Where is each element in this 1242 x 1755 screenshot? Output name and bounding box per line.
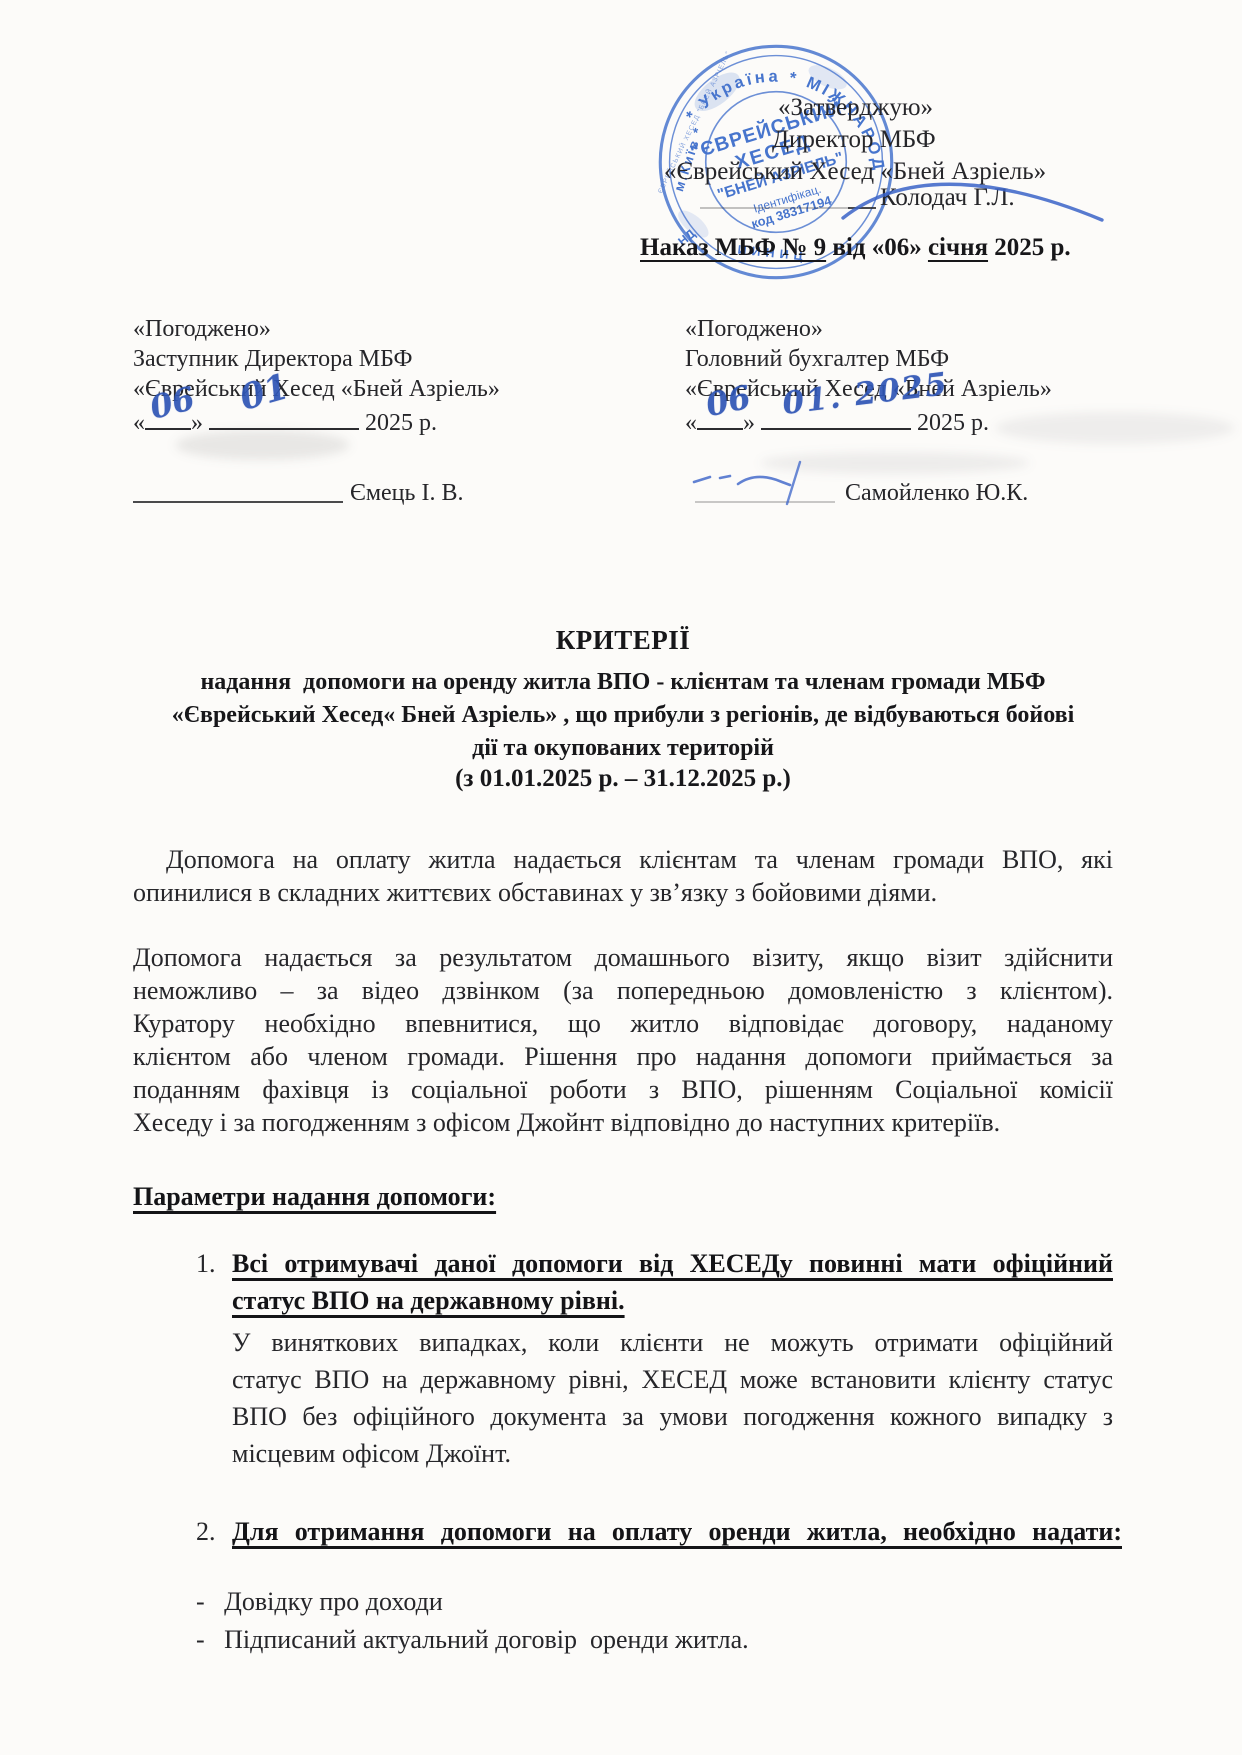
text-line: У виняткових випадках, коли клієнти не м… — [232, 1324, 1113, 1361]
agreed-right-label: «Погоджено» — [685, 314, 823, 344]
text-line: статус ВПО на державному рівні, ХЕСЕД мо… — [232, 1361, 1113, 1398]
document-period: (з 01.01.2025 р. – 31.12.2025 р.) — [133, 765, 1113, 793]
text-line: статус ВПО на державному рівні. — [232, 1282, 1113, 1319]
document-subtitle: надання допомоги на оренду житла ВПО - к… — [133, 666, 1113, 765]
paragraph-1: Допомога на оплату житла надається клієн… — [133, 843, 1113, 909]
order-number-part: Наказ МБФ № 9 — [640, 234, 826, 261]
text-line: ВПО без офіційного документа за умови по… — [232, 1398, 1113, 1435]
text-line: надання допомоги на оренду житла ВПО - к… — [133, 666, 1113, 699]
text-line: місцевим офісом Джоїнт. — [232, 1435, 1113, 1472]
director-signature-stroke — [838, 156, 1118, 244]
list-number-1: 1. — [196, 1245, 216, 1282]
scanned-document-page: * Україна * МІЖНАРОД м.Київ * НД ИИНИЦ Є… — [0, 0, 1242, 1755]
quote-open: « — [133, 410, 145, 436]
order-year: 2025 р. — [988, 234, 1071, 261]
agreed-left-label: «Погоджено» — [133, 314, 271, 344]
year-label: 2025 р. — [917, 410, 989, 436]
list-number-2: 2. — [196, 1513, 216, 1550]
approve-label: «Затверджую» — [778, 92, 933, 123]
text-line: Хеседу і за погодженням з офісом Джойнт … — [133, 1106, 1113, 1139]
text-line: Для отримання допомоги на оплату оренди … — [232, 1513, 1122, 1550]
order-date-part: від «06» — [826, 234, 928, 261]
paragraph-2: Допомога надається за результатом домашн… — [133, 941, 1113, 1139]
text-line: клієнтом або членом громади. Рішення про… — [133, 1040, 1113, 1073]
text-line: Куратору необхідно впевнитися, що житло … — [133, 1007, 1113, 1040]
quote-open: « — [685, 410, 697, 436]
text-line: поданням фахівця із соціальної роботи з … — [133, 1073, 1113, 1106]
order-month: січня — [928, 234, 988, 261]
text-line: - Підписаний актуальний договір оренди ж… — [196, 1621, 1113, 1659]
text-line: Допомога на оплату житла надається клієн… — [133, 843, 1113, 876]
signature-line-left — [133, 501, 343, 503]
scan-smudge-right — [995, 412, 1235, 444]
approve-signature-line — [700, 207, 850, 209]
list-item-1-text: У виняткових випадках, коли клієнти не м… — [232, 1324, 1113, 1472]
text-line: опинилися в складних життєвих обставинах… — [133, 876, 1113, 909]
text-line: неможливо – за відео дзвінком (за попере… — [133, 974, 1113, 1007]
signer-name-right: Самойленко Ю.К. — [845, 478, 1028, 508]
order-line: Наказ МБФ № 9 від «06» січня 2025 р. — [640, 232, 1071, 263]
text-line: - Довідку про доходи — [196, 1583, 1113, 1621]
text-line: Допомога надається за результатом домашн… — [133, 941, 1113, 974]
approve-role: Директор МБФ — [772, 124, 936, 155]
year-label: 2025 р. — [365, 410, 437, 436]
signer-name-left: Ємець І. В. — [350, 478, 463, 508]
text-line: дії та окупованих територій — [133, 732, 1113, 765]
list-item-2-bold: Для отримання допомоги на оплату оренди … — [232, 1513, 1122, 1550]
accountant-signature-stroke — [688, 458, 848, 512]
text-line: «Єврейський Хесед« Бней Азріель» , що пр… — [133, 699, 1113, 732]
list-item-1-bold: Всі отримувачі даної допомоги від ХЕСЕДу… — [232, 1245, 1113, 1319]
bullet-list: - Довідку про доходи- Підписаний актуаль… — [196, 1583, 1113, 1659]
erased-signature-smudge-left — [175, 430, 350, 460]
document-title: КРИТЕРІЇ — [133, 625, 1113, 656]
text-line: Всі отримувачі даної допомоги від ХЕСЕДу… — [232, 1245, 1113, 1282]
parameters-heading: Параметри надання допомоги: — [133, 1180, 496, 1213]
